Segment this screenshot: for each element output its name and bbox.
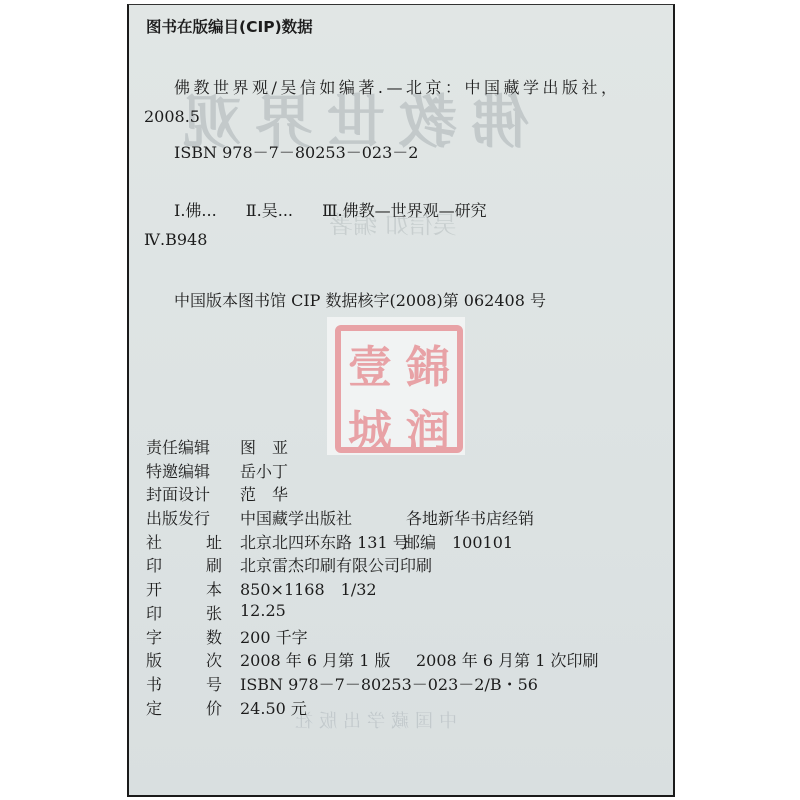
seal-char-4: 润 xyxy=(399,395,457,459)
cip-number-line: 中国版本图书馆 CIP 数据核字(2008)第 062408 号 xyxy=(174,288,546,311)
cip-title-line: 佛教世界观/吴信如编著.—北京：中国藏学出版社， xyxy=(174,75,620,98)
colophon-label-char: 址 xyxy=(206,530,222,553)
colophon-label-char: 数 xyxy=(206,625,222,648)
colophon-value: 中国藏学出版社 xyxy=(240,506,352,529)
colophon-extra: 各地新华书店经销 xyxy=(406,506,534,529)
colophon-label: 社址 xyxy=(146,530,222,553)
colophon-value: 200 千字 xyxy=(240,625,308,648)
seal-char-3: 城 xyxy=(341,395,399,459)
colophon-extra: 邮编 100101 xyxy=(404,530,513,553)
seal-char-2: 錦 xyxy=(399,331,457,395)
colophon-label-char: 开 xyxy=(146,577,162,600)
colophon-label-char: 印 xyxy=(146,553,162,576)
colophon-label-char: 社 xyxy=(146,530,162,553)
cip-date-line: 2008.5 xyxy=(144,107,200,126)
colophon-value: ISBN 978－7－80253－023－2/B・56 xyxy=(240,672,538,695)
seal-stamp: 壹 錦 城 润 xyxy=(327,317,465,455)
colophon-label-char: 次 xyxy=(206,648,222,671)
seal-border: 壹 錦 城 润 xyxy=(335,325,463,453)
colophon-value: 范 华 xyxy=(240,482,288,505)
colophon-label: 出版发行 xyxy=(146,506,234,529)
colophon-label: 书号 xyxy=(146,672,222,695)
colophon-label: 开本 xyxy=(146,577,222,600)
copyright-page: 佛教世界观 吴信如 编著 中国藏学出版社 图书在版编目(CIP)数据 佛教世界观… xyxy=(127,4,675,797)
colophon-value: 2008 年 6 月第 1 版 xyxy=(240,648,391,671)
colophon-label: 特邀编辑 xyxy=(146,459,234,482)
colophon-label: 印刷 xyxy=(146,553,222,576)
show-through-publisher: 中国藏学出版社 xyxy=(289,707,457,733)
colophon-label: 字数 xyxy=(146,625,222,648)
colophon-value: 24.50 元 xyxy=(240,696,307,719)
colophon-label-char: 版 xyxy=(146,648,162,671)
colophon-value: 北京北四环东路 131 号 xyxy=(240,530,409,553)
colophon-label-char: 书 xyxy=(146,672,162,695)
cip-isbn-line: ISBN 978－7－80253－023－2 xyxy=(174,140,418,163)
colophon-label: 版次 xyxy=(146,648,222,671)
colophon-value: 12.25 xyxy=(240,601,286,620)
subject-3: Ⅲ.佛教—世界观—研究 xyxy=(322,201,487,220)
colophon-label-char: 号 xyxy=(206,672,222,695)
colophon-label: 封面设计 xyxy=(146,482,234,505)
colophon-label-char: 张 xyxy=(206,601,222,624)
cip-classification: Ⅳ.B948 xyxy=(144,230,207,249)
colophon-label-char: 本 xyxy=(206,577,222,600)
colophon-label: 印张 xyxy=(146,601,222,624)
cip-header: 图书在版编目(CIP)数据 xyxy=(146,15,313,37)
seal-char-1: 壹 xyxy=(341,331,399,395)
colophon-extra: 2008 年 6 月第 1 次印刷 xyxy=(416,648,599,671)
colophon-label-char: 价 xyxy=(206,696,222,719)
subject-2: Ⅱ.吴... xyxy=(246,201,293,220)
colophon-label: 责任编辑 xyxy=(146,435,234,458)
colophon-value: 850×1168 1/32 xyxy=(240,577,377,600)
colophon-label-char: 定 xyxy=(146,696,162,719)
colophon-label: 定价 xyxy=(146,696,222,719)
colophon-value: 岳小丁 xyxy=(240,459,288,482)
colophon-label-char: 印 xyxy=(146,601,162,624)
colophon-label-char: 字 xyxy=(146,625,162,648)
cip-subjects: Ⅰ.佛... Ⅱ.吴... Ⅲ.佛教—世界观—研究 xyxy=(174,198,511,221)
colophon-label-char: 刷 xyxy=(206,553,222,576)
colophon-value: 图 亚 xyxy=(240,435,288,458)
colophon-value: 北京雷杰印刷有限公司印刷 xyxy=(240,553,432,576)
subject-1: Ⅰ.佛... xyxy=(174,201,217,220)
